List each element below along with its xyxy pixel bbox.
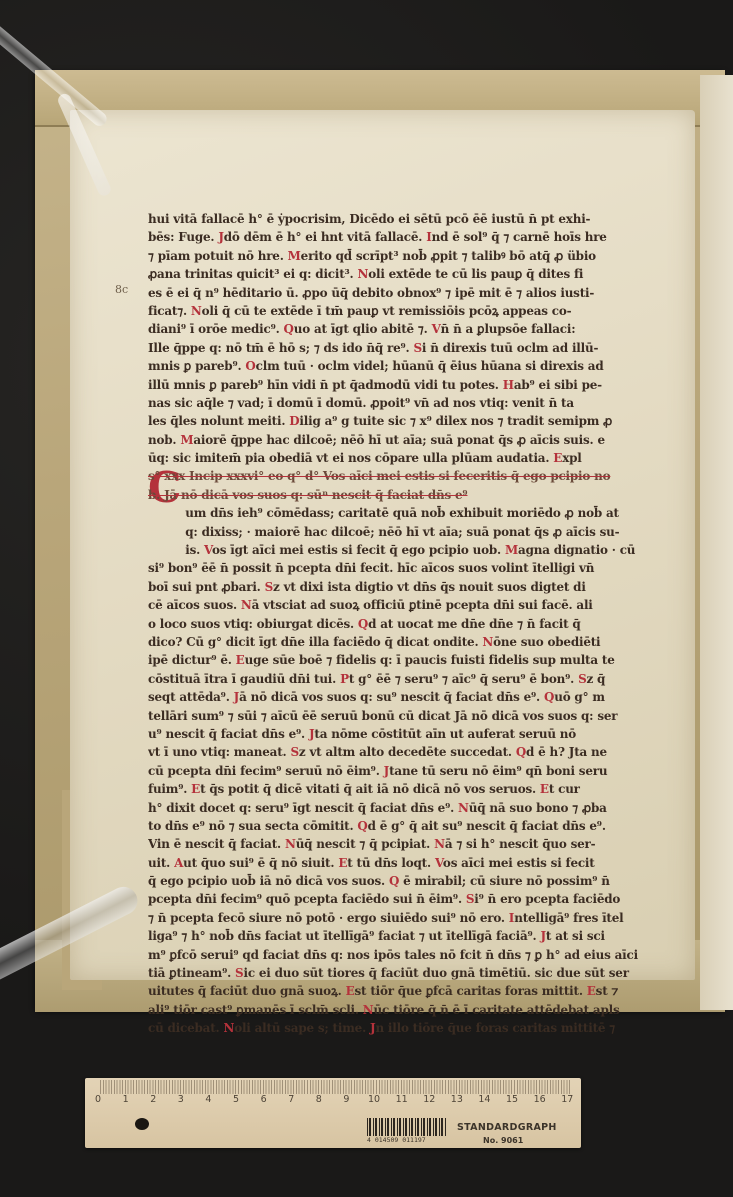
manuscript-line: ali⁹ tiōr cast⁹ ꝑmanēs ī sclm̄ scli. Nūc… (148, 1001, 669, 1019)
ruler-tick-label: 13 (451, 1094, 463, 1105)
ruler-tick-label: 3 (178, 1094, 184, 1105)
ruler-hang-hole (135, 1118, 149, 1130)
manuscript-line: cē aīcos suos. Nā vtsciat ad suoꝝ offici… (148, 596, 669, 614)
manuscript-line: o loco suos vtiq: obiurgat dicēs. Qd at … (148, 615, 669, 633)
manuscript-line: boī sui pnt ꝓbari. Sz vt dixi ista digti… (148, 578, 669, 596)
ruler-tick-label: 7 (288, 1094, 294, 1105)
ruler-tick-label: 0 (95, 1094, 101, 1105)
ruler-tick-label: 1 (123, 1094, 129, 1105)
ruler-model: No. 9061 (483, 1136, 523, 1145)
ruler-tick-label: 14 (478, 1094, 490, 1105)
manuscript-line: ficat⁊. Noli q̄ cū te extēde ī tm̄ pauꝑ … (148, 302, 669, 320)
manuscript-line: h° dixit docet q: seru⁹ īgt nescit q̄ fa… (148, 799, 669, 817)
ruler-ticks (100, 1080, 570, 1094)
manuscript-line: mnis ꝑ pareb⁹. Oclm tuū · oclm videl; hū… (148, 357, 669, 375)
ruler-tick-label: 4 (205, 1094, 211, 1105)
manuscript-line: vt ī uno vtiq: maneat. Sz vt altm alto d… (148, 743, 669, 761)
manuscript-line: s° xxx Incip xxxvi° eo q° d° Vos aīci me… (148, 467, 669, 485)
manuscript-line: liga⁹ ⁊ h° nob̄ dn̄s faciat ut ītellīgā⁹… (148, 927, 669, 945)
manuscript-line: seqt attēda⁹. Jā nō dicā vos suos q: su⁹… (148, 688, 669, 706)
scale-ruler: 01234567891011121314151617 4 014509 0111… (85, 1078, 581, 1148)
manuscript-line: es ē ei q̄ n⁹ hēditario ū. ꝓpo ūq̄ debit… (148, 284, 669, 302)
ruler-tick-label: 17 (561, 1094, 573, 1105)
ruler-tick-label: 15 (506, 1094, 518, 1105)
ruler-tick-labels: 01234567891011121314151617 (95, 1094, 575, 1106)
manuscript-line: nob. Maiorē q̄ppe hac dilcoē; nēō hī ut … (148, 431, 669, 449)
manuscript-line: ūq: sic imitem̄ pia obediā vt ei nos cōp… (148, 449, 669, 467)
ruler-tick-label: 5 (233, 1094, 239, 1105)
ruler-tick-label: 11 (396, 1094, 408, 1105)
manuscript-line: is. Vos īgt aīci mei estis si fecit q̄ e… (148, 541, 669, 559)
manuscript-line: cōstituā ītra ī gaudiū dn̄i tui. Pt g° ē… (148, 670, 669, 688)
manuscript-line: dico? Cū g° dicit īgt dn̄e illa faciēdo … (148, 633, 669, 651)
manuscript-line: tellāri sum⁹ ⁊ sūi ⁊ aīcū ēē seruū bonū … (148, 707, 669, 725)
ruler-tick-label: 9 (343, 1094, 349, 1105)
manuscript-line: pcepta dn̄i fecim⁹ quō pcepta faciēdo su… (148, 890, 669, 908)
manuscript-line: hui vitā fallacē h° ē ẏpocrisim, Dicēdo … (148, 210, 669, 228)
margin-mark: 8c (115, 283, 128, 296)
manuscript-line: diani⁹ ī orōe medic⁹. Quo at īgt qlio ab… (148, 320, 669, 338)
manuscript-line: ⁊ n̄ pcepta fecō siure nō potō · ergo si… (148, 909, 669, 927)
ruler-brand: STANDARDGRAPH (457, 1122, 557, 1133)
manuscript-text-block: hui vitā fallacē h° ē ẏpocrisim, Dicēdo … (148, 210, 680, 1038)
barcode-number: 4 014509 011197 (367, 1136, 426, 1144)
manuscript-line: ꝓana trinitas quicit³ ei q: dicit³. Noli… (148, 265, 669, 283)
manuscript-line: les q̄les nolunt meiti. Dilig a⁹ g tuite… (148, 412, 669, 430)
manuscript-line: uit. Aut q̄uo sui⁹ ē q̄ nō siuit. Et tū … (148, 854, 669, 872)
manuscript-line: illū mnis ꝑ pareb⁹ hīn vidi n̄ pt q̄admo… (148, 376, 669, 394)
manuscript-line: to dn̄s e⁹ nō ⁊ sua secta cōmitit. Qd ē … (148, 817, 669, 835)
manuscript-line: Vin ē nescit q̄ faciat. Nūq̄ nescit ⁊ q̄… (148, 835, 669, 853)
manuscript-line: fuim⁹. Et q̄s potit q̄ dicē vitati q̄ ai… (148, 780, 669, 798)
manuscript-line: bēs: Fuge. Jdō dēm ē h° ei hnt vitā fall… (148, 228, 669, 246)
manuscript-line: uitutes q̄ faciūt duo gnā suoꝝ. Est tiōr… (148, 982, 669, 1000)
manuscript-line: si⁹ bon⁹ ēē n̄ possit n̄ pcepta dn̄i fec… (148, 559, 669, 577)
manuscript-line: ⁊ pīam potuit nō hre. Merito qd̄ scrīpt³… (148, 247, 669, 265)
manuscript-line: cū dicebat. Noli altū sape s; time. Jn i… (148, 1019, 669, 1037)
manuscript-line: m⁹ ꝑfcō serui⁹ qd faciat dn̄s q: nos ipō… (148, 946, 669, 964)
manuscript-line: nas sic aq̄le ⁊ vad; ī domū ī domū. ꝓpoi… (148, 394, 669, 412)
manuscript-line: u⁹ nescit q̄ faciat dn̄s e⁹. Jta nōme cō… (148, 725, 669, 743)
ruler-tick-label: 2 (150, 1094, 156, 1105)
manuscript-line: tiā ꝑtineam⁹. Sic ei duo sūt tiores q̄ f… (148, 964, 669, 982)
ruler-tick-label: 12 (423, 1094, 435, 1105)
manuscript-line: ipē dictur⁹ ē. Euge sūe boē ⁊ fidelis q:… (148, 651, 669, 669)
manuscript-line: Ille q̄ppe q: nō tm̄ ē hō s; ⁊ ds ido n̄… (148, 339, 669, 357)
barcode (367, 1118, 447, 1136)
ruler-tick-label: 10 (368, 1094, 380, 1105)
ruler-tick-label: 8 (316, 1094, 322, 1105)
manuscript-line: cū pcepta dn̄i fecim⁹ seruū nō ēim⁹. Jta… (148, 762, 669, 780)
manuscript-line: q̄ ego pcipio uob̄ iā nō dicā vos suos. … (148, 872, 669, 890)
manuscript-line: um dn̄s ieh⁹ cōmēdass; caritatē quā nob̄… (148, 504, 669, 522)
manuscript-line: b. Jā nō dicā vos suos q: sūⁿ nescit q̄ … (148, 486, 669, 504)
ruler-tick-label: 6 (261, 1094, 267, 1105)
manuscript-line: q: dixiss; · maiorē hac dilcoē; nēō hī v… (148, 523, 669, 541)
ruler-tick-label: 16 (534, 1094, 546, 1105)
